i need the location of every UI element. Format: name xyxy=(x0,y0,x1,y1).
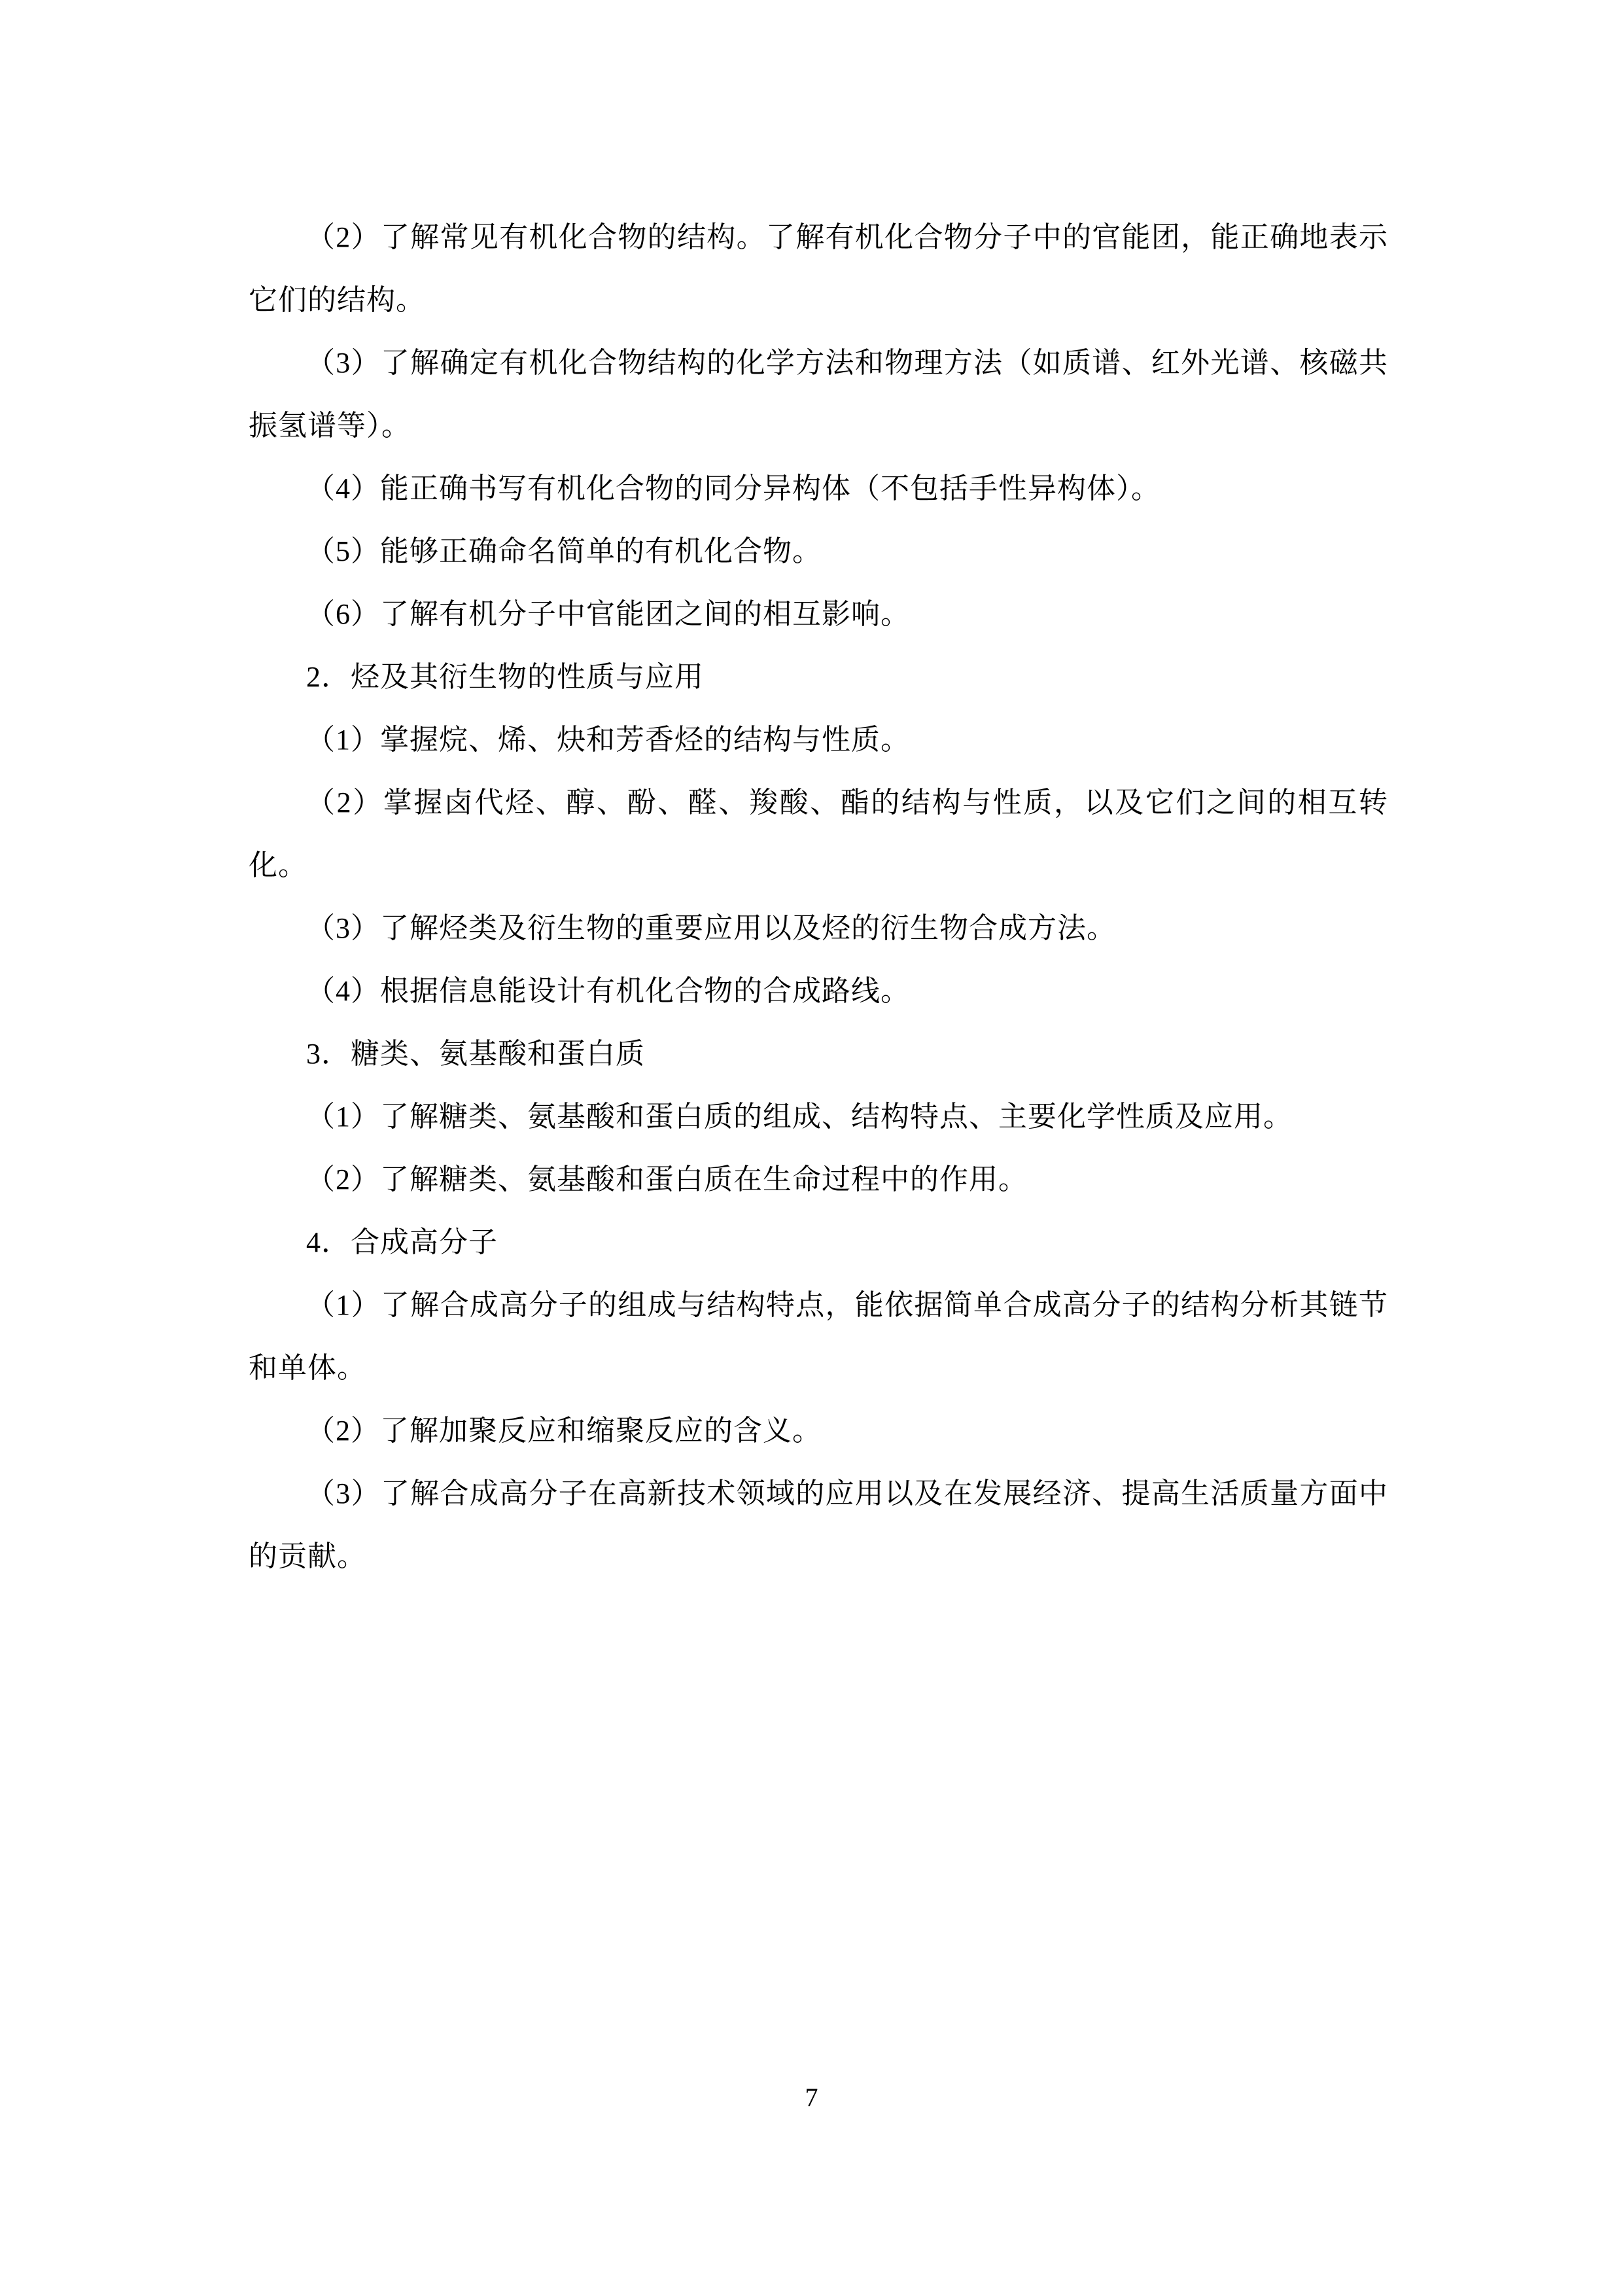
section-heading: 4．合成高分子 xyxy=(249,1211,1388,1274)
syllabus-item: （1）掌握烷、烯、炔和芳香烃的结构与性质。 xyxy=(249,709,1388,771)
syllabus-item: （1）了解糖类、氨基酸和蛋白质的组成、结构特点、主要化学性质及应用。 xyxy=(249,1086,1388,1148)
section-heading: 3．糖类、氨基酸和蛋白质 xyxy=(249,1023,1388,1086)
syllabus-item: （3）了解确定有机化合物结构的化学方法和物理方法（如质谱、红外光谱、核磁共振氢谱… xyxy=(249,332,1388,457)
syllabus-item: （3）了解合成高分子在高新技术领域的应用以及在发展经济、提高生活质量方面中的贡献… xyxy=(249,1462,1388,1588)
syllabus-item: （2）掌握卤代烃、醇、酚、醛、羧酸、酯的结构与性质，以及它们之间的相互转化。 xyxy=(249,771,1388,897)
document-body: （2）了解常见有机化合物的结构。了解有机化合物分子中的官能团，能正确地表示它们的… xyxy=(249,206,1388,1588)
syllabus-item: （6）了解有机分子中官能团之间的相互影响。 xyxy=(249,583,1388,646)
syllabus-item: （5）能够正确命名简单的有机化合物。 xyxy=(249,520,1388,583)
syllabus-item: （2）了解糖类、氨基酸和蛋白质在生命过程中的作用。 xyxy=(249,1148,1388,1211)
section-heading: 2．烃及其衍生物的性质与应用 xyxy=(249,646,1388,709)
document-page: （2）了解常见有机化合物的结构。了解有机化合物分子中的官能团，能正确地表示它们的… xyxy=(0,0,1623,2296)
syllabus-item: （2）了解加聚反应和缩聚反应的含义。 xyxy=(249,1400,1388,1462)
page-number: 7 xyxy=(0,2082,1623,2113)
syllabus-item: （1）了解合成高分子的组成与结构特点，能依据简单合成高分子的结构分析其链节和单体… xyxy=(249,1274,1388,1400)
syllabus-item: （3）了解烃类及衍生物的重要应用以及烃的衍生物合成方法。 xyxy=(249,897,1388,960)
syllabus-item: （4）能正确书写有机化合物的同分异构体（不包括手性异构体）。 xyxy=(249,457,1388,520)
syllabus-item: （4）根据信息能设计有机化合物的合成路线。 xyxy=(249,960,1388,1023)
syllabus-item: （2）了解常见有机化合物的结构。了解有机化合物分子中的官能团，能正确地表示它们的… xyxy=(249,206,1388,332)
